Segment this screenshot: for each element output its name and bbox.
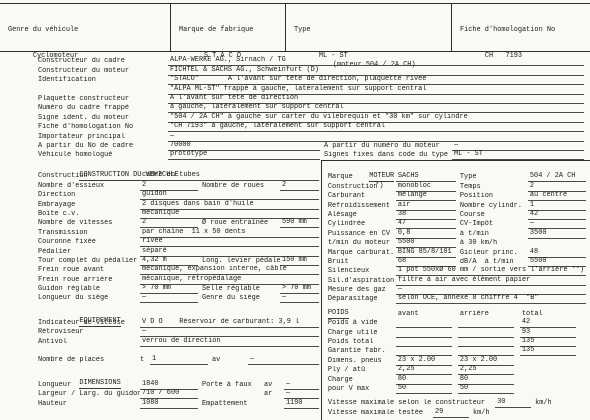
field-value-2: 1190 (284, 399, 319, 409)
type-label: Type (294, 26, 445, 35)
field-label: Charge (328, 376, 396, 385)
field-label: Frein roue arrière (38, 276, 140, 285)
section-equipement: EQUIPEMENT Indicateur de vitesseV D O Ré… (38, 308, 319, 365)
field-value: 30 (495, 398, 531, 408)
document-header: Genre du véhicule Cyclomoteur Marque de … (0, 3, 590, 52)
field-label: Antivol (38, 338, 140, 347)
poids-cell (458, 346, 514, 347)
field-prefix: t (140, 356, 150, 365)
fiche-label: Fiche d'homologation No (460, 26, 584, 35)
moteur-rows: MarqueSACHSType504 / 2A CHConstructionmo… (328, 173, 586, 304)
equipement-rows: Indicateur de vitesseV D O Réservoir de … (38, 318, 319, 365)
field-label: pour V max (328, 385, 396, 394)
section-vitesses: Vitesse maximale selon le constructeur30… (328, 399, 586, 418)
field-label: Fiche d'homologation No (38, 123, 168, 132)
identification-block: Constructeur du cadreALPA-WERKE AG., Sir… (38, 57, 584, 160)
form-row: Antivolverrou de direction (38, 337, 319, 346)
section-moteur: MOTEUR *) MarqueSACHSType504 / 2A CHCons… (328, 163, 586, 304)
field-label: Sil.d'aspiration (328, 277, 396, 286)
field-label-2: Nombre cylindr. (456, 202, 528, 211)
field-label: Puissance en CV (328, 230, 396, 239)
field-label-2: à t/min (456, 230, 528, 239)
field-label-2: av (208, 356, 248, 365)
section-construction: CONSTRUCTION DU VEHICULE Constructioncad… (38, 162, 319, 303)
poids-cell (458, 337, 514, 338)
field-label: Identification (38, 76, 168, 85)
poids-rows: Poids à vide42Charge utile93Poids total1… (328, 319, 586, 394)
field-value-2: — (248, 355, 319, 365)
field-label-2: Genre du siège (198, 294, 280, 303)
field-label: Silencieux (328, 267, 396, 276)
field-label: Poids à vide (328, 319, 396, 328)
field-label: Construction (38, 172, 140, 181)
field-label: Pédalier (38, 248, 140, 257)
field-value: 1080 (140, 399, 198, 409)
section-title: POIDS (328, 309, 349, 319)
field-label: Marque (328, 173, 396, 182)
field-label-2: Selle réglable (198, 285, 280, 294)
field-value-2: — (280, 293, 319, 303)
field-label: Déparasitage (328, 295, 396, 304)
genre-label: Genre du véhicule (8, 26, 164, 35)
field-label: Hauteur (38, 400, 140, 409)
field-label: Dimens. pneus (328, 357, 396, 366)
field-label: Tour complet du pédalier (38, 257, 140, 266)
field-label-2: A partir du numéro du moteur (320, 142, 452, 151)
field-label-2: CV-Impôt (456, 220, 528, 229)
left-column: CONSTRUCTION DU VEHICULE Constructioncad… (0, 160, 321, 420)
header-cell-type: Type ML - ST (moteur 504 / 2A CH) (285, 4, 451, 51)
poids-col-header-avant: avant (396, 310, 452, 319)
field-label: t/min du moteur (328, 239, 396, 248)
poids-cell (396, 346, 452, 347)
field-label-2: Gicleur princ. (456, 249, 528, 258)
field-label: Signe ident. du moteur (38, 114, 168, 123)
field-label-2: Temps (456, 183, 528, 192)
field-value: selon OCE, annexe 8 chiffre 4 "B" (396, 294, 586, 304)
field-label: Importateur principal (38, 133, 168, 142)
field-label: Véhicule homologué (38, 151, 168, 160)
field-label-2: ar (198, 390, 284, 399)
field-value: — (140, 293, 198, 303)
poids-cell (396, 327, 452, 328)
field-label: Plaquette constructeur (38, 95, 168, 104)
field-label-2: à 30 km/h (456, 239, 528, 248)
field-label-2: Empattement (198, 400, 284, 409)
field-value-2: ML - ST (452, 150, 584, 160)
field-label: Longueur (38, 381, 140, 390)
field-label: Numéro du cadre frappé (38, 104, 168, 113)
poids-cell: 50 (458, 384, 514, 394)
field-label: Indicateur de vitesse (38, 319, 140, 328)
field-label: Direction (38, 191, 140, 200)
field-label: Refroidissement (328, 202, 396, 211)
section-dimensions: DIMENSIONS Longueur1840Porte à faux av—L… (38, 370, 319, 408)
form-row: Déparasitageselon OCE, annexe 8 chiffre … (328, 295, 586, 304)
right-column: MOTEUR *) MarqueSACHSType504 / 2A CHCons… (321, 160, 590, 420)
field-label: Garantie fabr. (328, 347, 396, 356)
field-label: Transmission (38, 229, 140, 238)
marque-label: Marque de fabrique (179, 26, 279, 35)
field-label: Cylindrée (328, 220, 396, 229)
poids-title-cell: POIDS (328, 309, 396, 319)
poids-cell: 135 (520, 346, 576, 356)
header-cell-marque: Marque de fabrique S T A C O (170, 4, 285, 51)
field-label: Nombre de vitesses (38, 219, 140, 228)
unit-label: km/h (469, 409, 490, 418)
poids-cell (458, 327, 514, 328)
field-label: Couronne fixée (38, 238, 140, 247)
field-label: Ply / atü (328, 366, 396, 375)
poids-cell (396, 337, 452, 338)
field-value: prototype (168, 150, 320, 160)
section-poids: POIDS avant arrière total Poids à vide42… (328, 309, 586, 394)
field-label: Constructeur du moteur (38, 67, 168, 76)
document-body: CONSTRUCTION DU VEHICULE Constructioncad… (0, 160, 590, 420)
header-cell-fiche: Fiche d'homologation No CH 7193 (451, 4, 590, 51)
field-label: Guidon réglable (38, 285, 140, 294)
field-label: Vitesse maximale selon le constructeur (328, 399, 495, 408)
vitesse-rows: Vitesse maximale selon le constructeur30… (328, 399, 586, 418)
field-label: Marque carburat. (328, 249, 396, 258)
field-label: Boîte c.v. (38, 210, 140, 219)
form-row: Véhicule homologuéprototypeSignes fixes … (38, 151, 584, 160)
poids-cell: 50 (396, 384, 452, 394)
field-label-2: Position (456, 192, 528, 201)
form-row: Hauteur1080Empattement1190 (38, 399, 319, 408)
field-label: Charge utile (328, 329, 396, 338)
field-label: Rétroviseur (38, 328, 140, 337)
form-row: Nombre de placest1av— (38, 356, 319, 365)
field-label-2: Porte à faux av (198, 381, 284, 390)
field-label: Nombre d'essieux (38, 182, 140, 191)
poids-col-header-arriere: arrière (458, 310, 514, 319)
field-label: Bruit (328, 258, 396, 267)
field-label-2: Course (456, 211, 528, 220)
field-label-2: Type (456, 173, 528, 182)
field-label: Carburant (328, 192, 396, 201)
field-label: Embrayage (38, 201, 140, 210)
unit-label: km/h (531, 399, 552, 408)
field-label: Poids total (328, 338, 396, 347)
field-label: Longueur du siège (38, 294, 140, 303)
form-row: Vitesse maximale testée29km/h (328, 408, 586, 417)
field-label: Constructeur du cadre (38, 57, 168, 66)
field-label: Largeur / Larg. du guidon (38, 390, 140, 399)
field-label-2: Signes fixes dans code du type (320, 151, 452, 160)
field-label: Frein roue avant (38, 266, 140, 275)
form-row: Puissance en CV0,8à t/min3500 (328, 229, 586, 238)
homologation-document: Genre du véhicule Cyclomoteur Marque de … (0, 0, 590, 420)
field-value: verrou de direction (140, 337, 319, 347)
field-label: Alésage (328, 211, 396, 220)
construction-rows: Constructioncadre en tubesNombre d'essie… (38, 172, 319, 303)
field-label: A partir du No de cadre (38, 142, 168, 151)
dimensions-rows: Longueur1840Porte à faux av—Largeur / La… (38, 380, 319, 408)
field-label: Mesure des gaz (328, 286, 396, 295)
field-label: Nombre de places (38, 356, 140, 365)
field-value-2: 3500 (528, 229, 586, 239)
field-label: Construction (328, 183, 396, 192)
poids-row: pour V max5050 (328, 385, 586, 394)
field-value: 29 (433, 408, 469, 418)
form-row: Longueur du siège—Genre du siège— (38, 294, 319, 303)
header-cell-genre: Genre du véhicule Cyclomoteur (0, 4, 170, 51)
field-label: Vitesse maximale testée (328, 409, 433, 418)
field-value: 1 (150, 355, 208, 365)
